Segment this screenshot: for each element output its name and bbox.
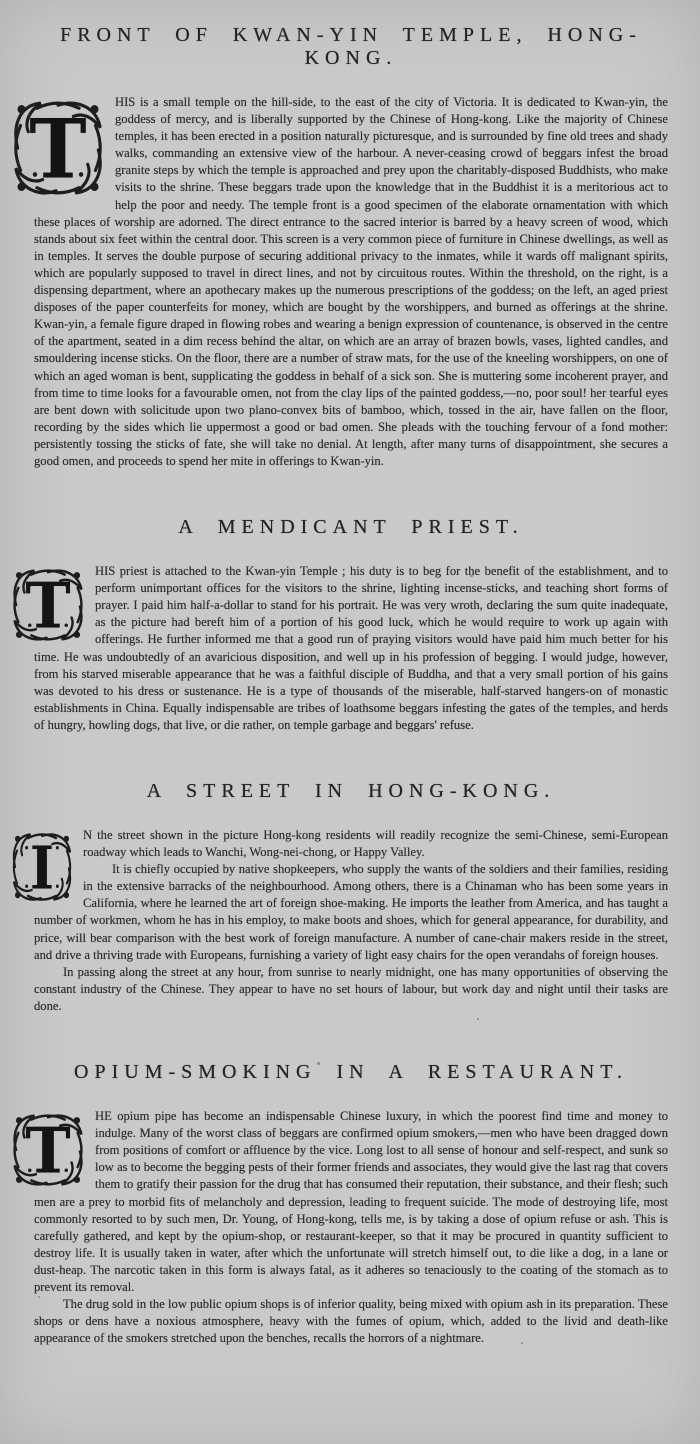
section-kwan-yin-temple: FRONT OF KWAN-YIN TEMPLE, HONG-KONG. T H…	[34, 24, 668, 470]
decorative-initial-icon: T	[10, 566, 86, 644]
section-body: I N the street shown in the picture Hong…	[34, 827, 668, 1015]
section-body: T HIS priest is attached to the Kwan-yin…	[34, 563, 668, 734]
paragraph: HIS priest is attached to the Kwan-yin T…	[34, 563, 668, 734]
paragraph: HE opium pipe has become an indispensabl…	[34, 1108, 668, 1296]
section-body: T HIS is a small temple on the hill-side…	[34, 94, 668, 470]
section-title: A MENDICANT PRIEST.	[34, 516, 668, 539]
section-title: A STREET IN HONG-KONG.	[34, 780, 668, 803]
section-title: OPIUM-SMOKING IN A RESTAURANT.	[34, 1061, 668, 1084]
paragraph: N the street shown in the picture Hong-k…	[34, 827, 668, 861]
initial-letter: I	[30, 834, 54, 904]
paragraph: The drug sold in the low public opium sh…	[34, 1296, 668, 1347]
section-street-in-hong-kong: A STREET IN HONG-KONG. I N the street sh…	[34, 780, 668, 1015]
decorative-initial-icon: T	[10, 97, 106, 199]
section-mendicant-priest: A MENDICANT PRIEST. T HIS priest is atta…	[34, 516, 668, 734]
decorative-initial-icon: I	[10, 830, 74, 904]
decorative-initial-icon: T	[10, 1111, 86, 1189]
initial-letter: T	[29, 101, 86, 197]
paragraph: In passing along the street at any hour,…	[34, 964, 668, 1015]
paragraph: It is chiefly occupied by native shopkee…	[34, 861, 668, 964]
initial-letter: T	[25, 1114, 70, 1188]
section-opium-smoking: OPIUM-SMOKING IN A RESTAURANT. T HE opiu…	[34, 1061, 668, 1347]
paragraph: HIS is a small temple on the hill-side, …	[34, 94, 668, 470]
scanned-book-page: FRONT OF KWAN-YIN TEMPLE, HONG-KONG. T H…	[0, 0, 700, 1444]
section-body: T HE opium pipe has become an indispensa…	[34, 1108, 668, 1347]
section-title: FRONT OF KWAN-YIN TEMPLE, HONG-KONG.	[34, 24, 668, 70]
initial-letter: T	[25, 569, 70, 643]
